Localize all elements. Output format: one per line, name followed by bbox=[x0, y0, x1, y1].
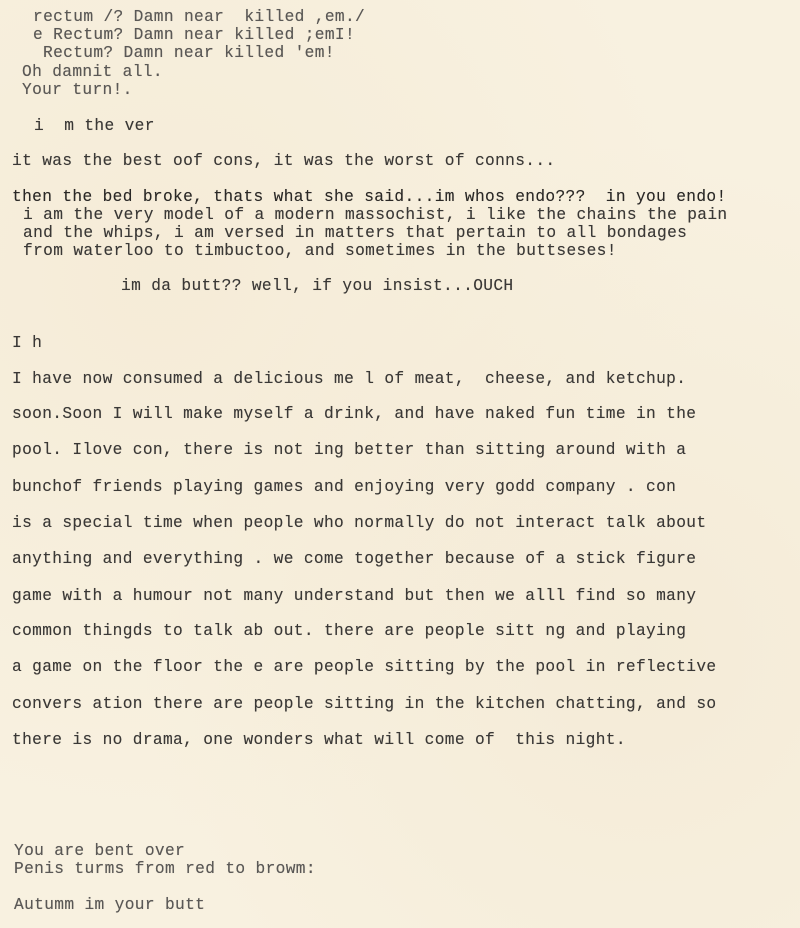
text-line: Penis turms from red to browm: bbox=[14, 860, 316, 878]
text-line: bunchof friends playing games and enjoyi… bbox=[12, 478, 676, 496]
typewritten-page: rectum /? Damn near killed ,em./ e Rectu… bbox=[0, 0, 800, 928]
text-line: and the whips, i am versed in matters th… bbox=[23, 224, 687, 242]
text-line: soon.Soon I will make myself a drink, an… bbox=[12, 405, 696, 423]
text-line: there is no drama, one wonders what will… bbox=[12, 731, 626, 749]
text-line: game with a humour not many understand b… bbox=[12, 587, 696, 605]
text-line: from waterloo to timbuctoo, and sometime… bbox=[23, 242, 617, 260]
text-line: it was the best oof cons, it was the wor… bbox=[12, 152, 555, 170]
text-line: Rectum? Damn near killed 'em! bbox=[43, 44, 335, 62]
text-line: is a special time when people who normal… bbox=[12, 514, 706, 532]
text-line: convers ation there are people sitting i… bbox=[12, 695, 717, 713]
text-line: common thingds to talk ab out. there are… bbox=[12, 622, 686, 640]
text-line: a game on the floor the e are people sit… bbox=[12, 658, 717, 676]
text-line: I have now consumed a delicious me l of … bbox=[12, 370, 686, 388]
text-line: then the bed broke, thats what she said.… bbox=[12, 188, 727, 206]
text-line: Autumm im your butt bbox=[14, 896, 205, 914]
text-line: rectum /? Damn near killed ,em./ bbox=[33, 8, 365, 26]
text-line: i am the very model of a modern massochi… bbox=[23, 206, 728, 224]
text-line: im da butt?? well, if you insist...OUCH bbox=[121, 277, 514, 295]
text-line: You are bent over bbox=[14, 842, 185, 860]
text-line: pool. Ilove con, there is not ing better… bbox=[12, 441, 686, 459]
text-line: anything and everything . we come togeth… bbox=[12, 550, 696, 568]
text-line: e Rectum? Damn near killed ;emI! bbox=[33, 26, 355, 44]
text-line: Your turn!. bbox=[22, 81, 133, 99]
text-line: i m the ver bbox=[34, 117, 155, 135]
text-line: Oh damnit all. bbox=[22, 63, 163, 81]
paragraph-heading: I h bbox=[12, 334, 42, 352]
